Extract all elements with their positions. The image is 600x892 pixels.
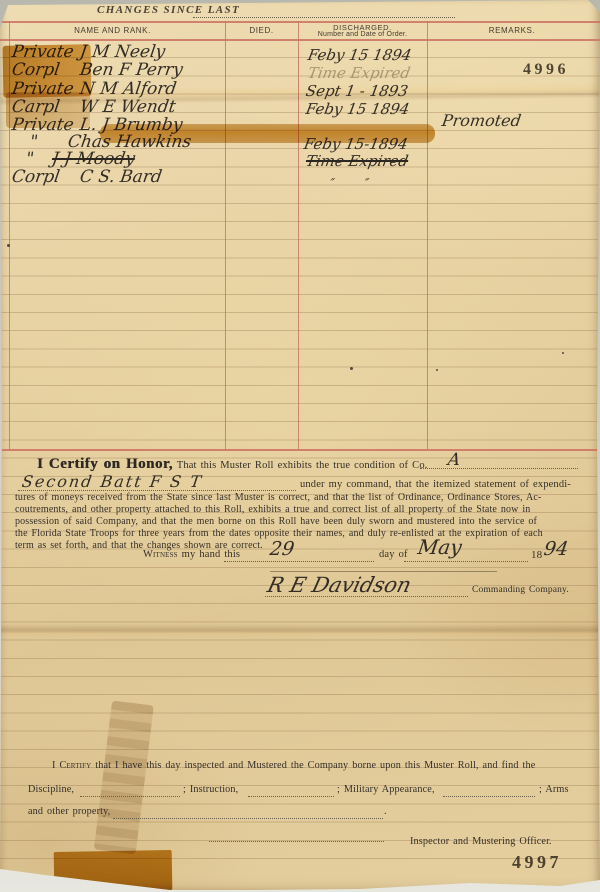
discipline-label: Discipline, — [28, 784, 74, 795]
year-number: 94 — [542, 538, 569, 560]
name-cell: C S. Bard — [79, 167, 164, 187]
remarks-cell: Promoted — [442, 111, 521, 130]
certify-line2: under my command, that the itemized stat… — [300, 479, 571, 490]
company-dotted-line — [420, 458, 578, 469]
column-rule-died — [225, 21, 226, 449]
day-number: 29 — [268, 538, 295, 560]
muster-roll-document: CHANGES SINCE LAST NAME AND RANK. DIED. … — [0, 0, 600, 892]
page-number-stamp-bottom: 4997 — [512, 852, 562, 873]
property-period: . — [384, 806, 387, 817]
discharged-cell: ″ ″ — [330, 172, 369, 191]
table-header-rule — [0, 39, 600, 41]
certify-honor-line: I Certify on Honor, That this Muster Rol… — [37, 456, 428, 473]
column-header-remarks: REMARKS. — [427, 26, 597, 35]
certify-honor-lead: I Certify on Honor, — [37, 456, 173, 472]
table-row: Corpl C S. Bard — [12, 167, 162, 187]
discharged-value: Time Expired — [306, 64, 411, 82]
instruction-label: ; Instruction, — [183, 784, 238, 795]
certify-body-line: the Florida State Troops for three years… — [15, 528, 583, 539]
discharged-ditto-marks: ″ ″ — [329, 176, 370, 190]
tape-stain — [6, 92, 90, 128]
certify-body-line: coutrements, and other property attached… — [15, 504, 583, 515]
signature-rule — [270, 571, 497, 572]
changes-dotted-line — [193, 7, 455, 18]
year-value: 94 — [544, 538, 568, 560]
table-bottom-rule — [0, 449, 600, 451]
inspect-certify-line: I Certify that I have this day inspected… — [52, 760, 535, 771]
tape-stain — [100, 124, 435, 143]
company-letter: A — [447, 450, 462, 470]
discharged-cell: Feby 15 1894 — [306, 99, 409, 118]
command-dotted-line — [18, 480, 296, 491]
ink-speck — [436, 369, 438, 371]
tape-stain — [54, 850, 173, 892]
discharged-value: Feby 15 1894 — [304, 100, 411, 118]
other-property-blank — [113, 808, 383, 819]
month-word: May — [416, 535, 463, 559]
commanding-company-label: Commanding Company. — [472, 585, 569, 595]
column-header-discharged-sub: Number and Date of Order. — [298, 31, 427, 38]
inspect-certify-text: that I have this day inspected and Muste… — [95, 760, 535, 771]
fold-crease — [0, 624, 600, 638]
discharged-cell: Feby 15 1894 — [308, 45, 411, 64]
signature-dotted-line — [265, 586, 468, 597]
certify-honor-text: That this Muster Roll exhibits the true … — [177, 460, 428, 471]
rank-cell: Corpl — [11, 167, 82, 187]
company-value: A — [448, 450, 460, 470]
name-cell-struck: J J Moody — [51, 149, 137, 169]
year-prefix: 18 — [531, 549, 542, 561]
discipline-blank — [80, 786, 180, 797]
remarks-value: Promoted — [441, 111, 523, 130]
discharged-value: Feby 15 1894 — [306, 46, 413, 64]
inspector-officer-label: Inspector and Mustering Officer. — [410, 836, 552, 847]
day-dotted-line — [224, 551, 374, 562]
inspect-certify-lead: I Certify — [52, 760, 91, 771]
tape-stain — [3, 44, 92, 98]
month-value: May — [418, 535, 462, 559]
discharged-value-struck: Time Expired — [304, 152, 409, 170]
ink-speck — [350, 367, 353, 370]
inspector-signature-blank — [209, 831, 384, 842]
certify-body-line: possession of said Company, and that the… — [15, 516, 583, 527]
ink-speck — [562, 352, 564, 354]
arms-label: ; Arms — [539, 784, 569, 795]
discharged-cell: Time Expired — [308, 63, 410, 82]
name-cell: Ben F Perry — [79, 60, 185, 80]
page-number-stamp-top: 4996 — [523, 61, 569, 79]
table-row: " J J Moody — [26, 149, 135, 169]
column-header-died: DIED. — [225, 26, 298, 35]
witness-lead: Witness — [143, 549, 178, 560]
ink-speck — [7, 244, 10, 247]
certify-body-line: tures of moneys received from the State … — [15, 492, 583, 503]
name-cell: J M Neely — [79, 42, 167, 62]
military-appearance-blank — [443, 786, 535, 797]
discharged-cell: Time Expired — [306, 151, 408, 170]
column-header-name: NAME AND RANK. — [0, 26, 225, 35]
instruction-blank — [248, 786, 334, 797]
military-appearance-label: ; Military Appearance, — [337, 784, 435, 795]
other-property-label: and other property, — [28, 806, 110, 817]
rank-cell: " — [25, 149, 54, 169]
day-value: 29 — [270, 538, 294, 560]
